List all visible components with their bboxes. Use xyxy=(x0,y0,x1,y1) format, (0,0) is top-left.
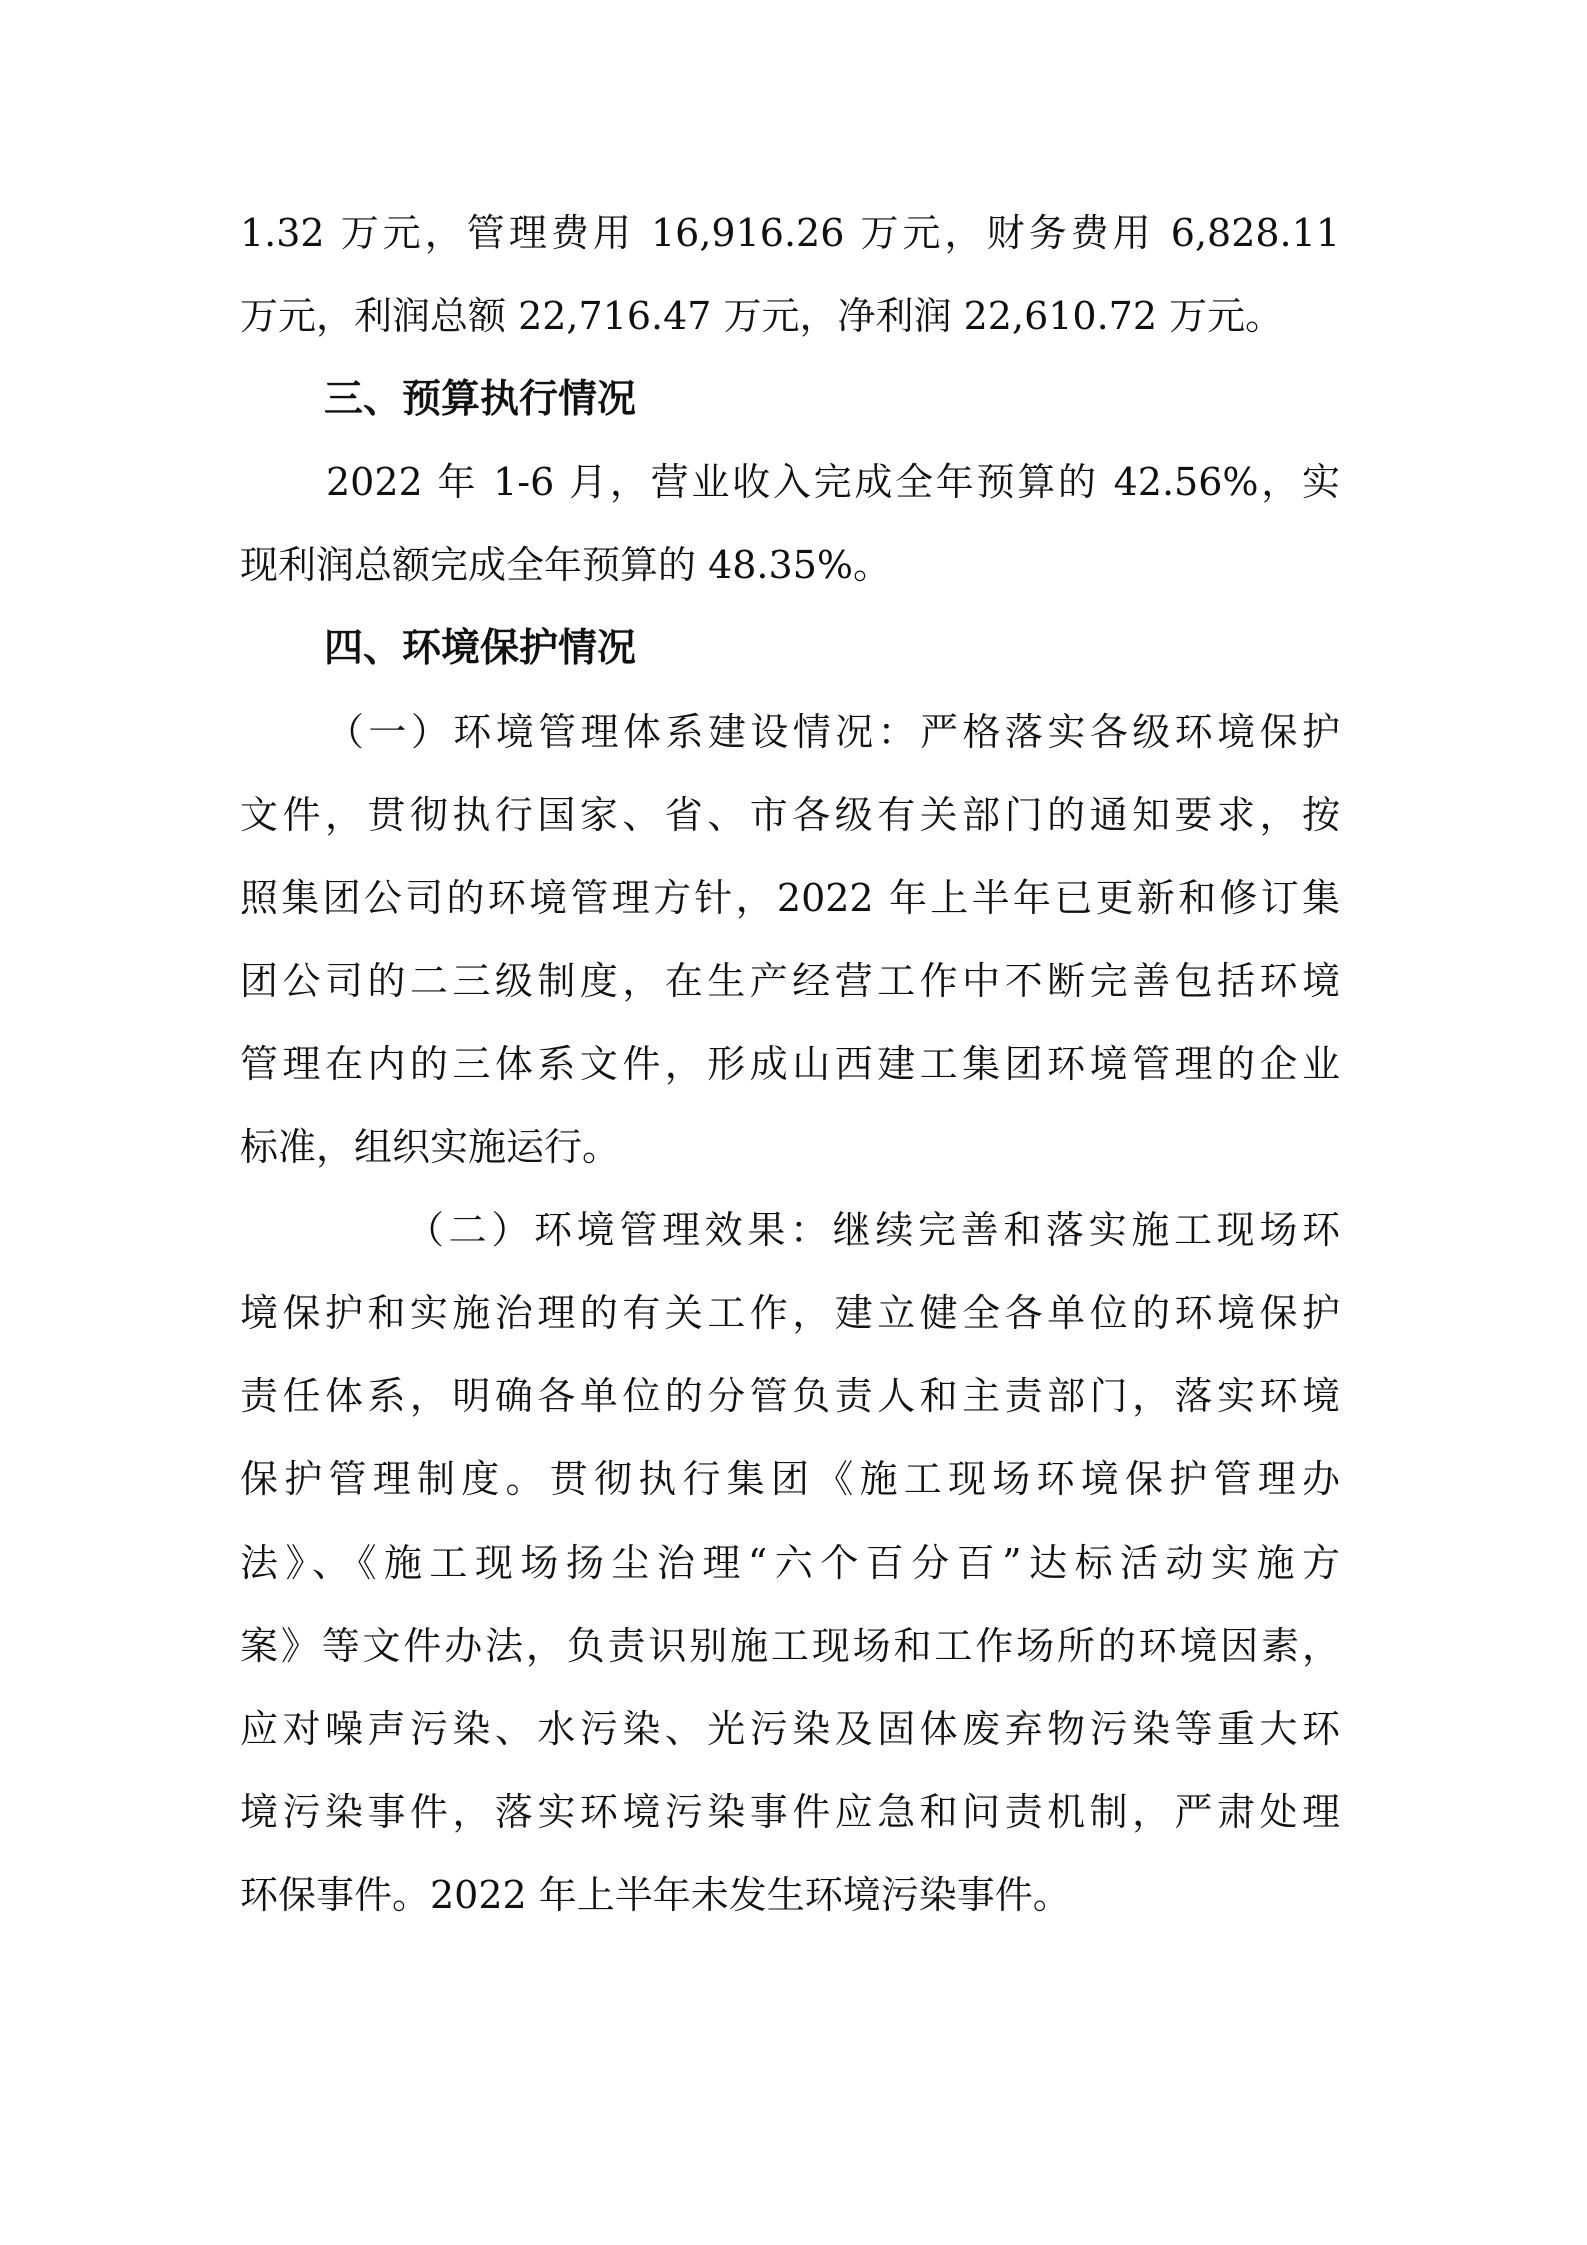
intro-paragraph: 1.32 万元，管理费用 16,916.26 万元，财务费用 6,828.11 … xyxy=(240,192,1340,358)
paragraph-line: 应对噪声污染、水污染、光污染及固体废弃物污染等重大环 xyxy=(240,1688,1340,1771)
paragraph-line: 万元，利润总额 22,716.47 万元，净利润 22,610.72 万元。 xyxy=(240,275,1340,358)
paragraph-line: 责任体系，明确各单位的分管负责人和主责部门，落实环境 xyxy=(240,1355,1340,1438)
section-heading-environment: 四、环境保护情况 xyxy=(240,607,1340,690)
paragraph-line: 文件，贯彻执行国家、省、市各级有关部门的通知要求，按 xyxy=(240,774,1340,857)
paragraph-line: 团公司的二三级制度，在生产经营工作中不断完善包括环境 xyxy=(240,940,1340,1023)
paragraph-line: 环保事件。2022 年上半年未发生环境污染事件。 xyxy=(240,1854,1340,1937)
environment-system-paragraph: （一）环境管理体系建设情况：严格落实各级环境保护 文件，贯彻执行国家、省、市各级… xyxy=(240,691,1340,1190)
document-body: 1.32 万元，管理费用 16,916.26 万元，财务费用 6,828.11 … xyxy=(240,192,1340,1937)
budget-paragraph: 2022 年 1-6 月，营业收入完成全年预算的 42.56%，实 现利润总额完… xyxy=(240,441,1340,607)
paragraph-line: 管理在内的三体系文件，形成山西建工集团环境管理的企业 xyxy=(240,1023,1340,1106)
paragraph-line: 境污染事件，落实环境污染事件应急和问责机制，严肃处理 xyxy=(240,1771,1340,1854)
paragraph-line: 法》、《施工现场扬尘治理“六个百分百”达标活动实施方 xyxy=(240,1522,1340,1605)
paragraph-line: 标准，组织实施运行。 xyxy=(240,1106,1340,1189)
paragraph-line: 2022 年 1-6 月，营业收入完成全年预算的 42.56%，实 xyxy=(240,441,1340,524)
document-page: 1.32 万元，管理费用 16,916.26 万元，财务费用 6,828.11 … xyxy=(0,0,1587,2245)
paragraph-line: 现利润总额完成全年预算的 48.35%。 xyxy=(240,524,1340,607)
paragraph-line: （二）环境管理效果：继续完善和落实施工现场环 xyxy=(240,1189,1340,1272)
section-heading-budget: 三、预算执行情况 xyxy=(240,358,1340,441)
paragraph-line: （一）环境管理体系建设情况：严格落实各级环境保护 xyxy=(240,691,1340,774)
environment-effect-paragraph: （二）环境管理效果：继续完善和落实施工现场环 境保护和实施治理的有关工作，建立健… xyxy=(240,1189,1340,1937)
paragraph-line: 照集团公司的环境管理方针，2022 年上半年已更新和修订集 xyxy=(240,857,1340,940)
paragraph-line: 1.32 万元，管理费用 16,916.26 万元，财务费用 6,828.11 xyxy=(240,192,1340,275)
paragraph-line: 案》等文件办法，负责识别施工现场和工作场所的环境因素， xyxy=(240,1605,1340,1688)
paragraph-line: 保护管理制度。贯彻执行集团《施工现场环境保护管理办 xyxy=(240,1438,1340,1521)
paragraph-line: 境保护和实施治理的有关工作，建立健全各单位的环境保护 xyxy=(240,1272,1340,1355)
